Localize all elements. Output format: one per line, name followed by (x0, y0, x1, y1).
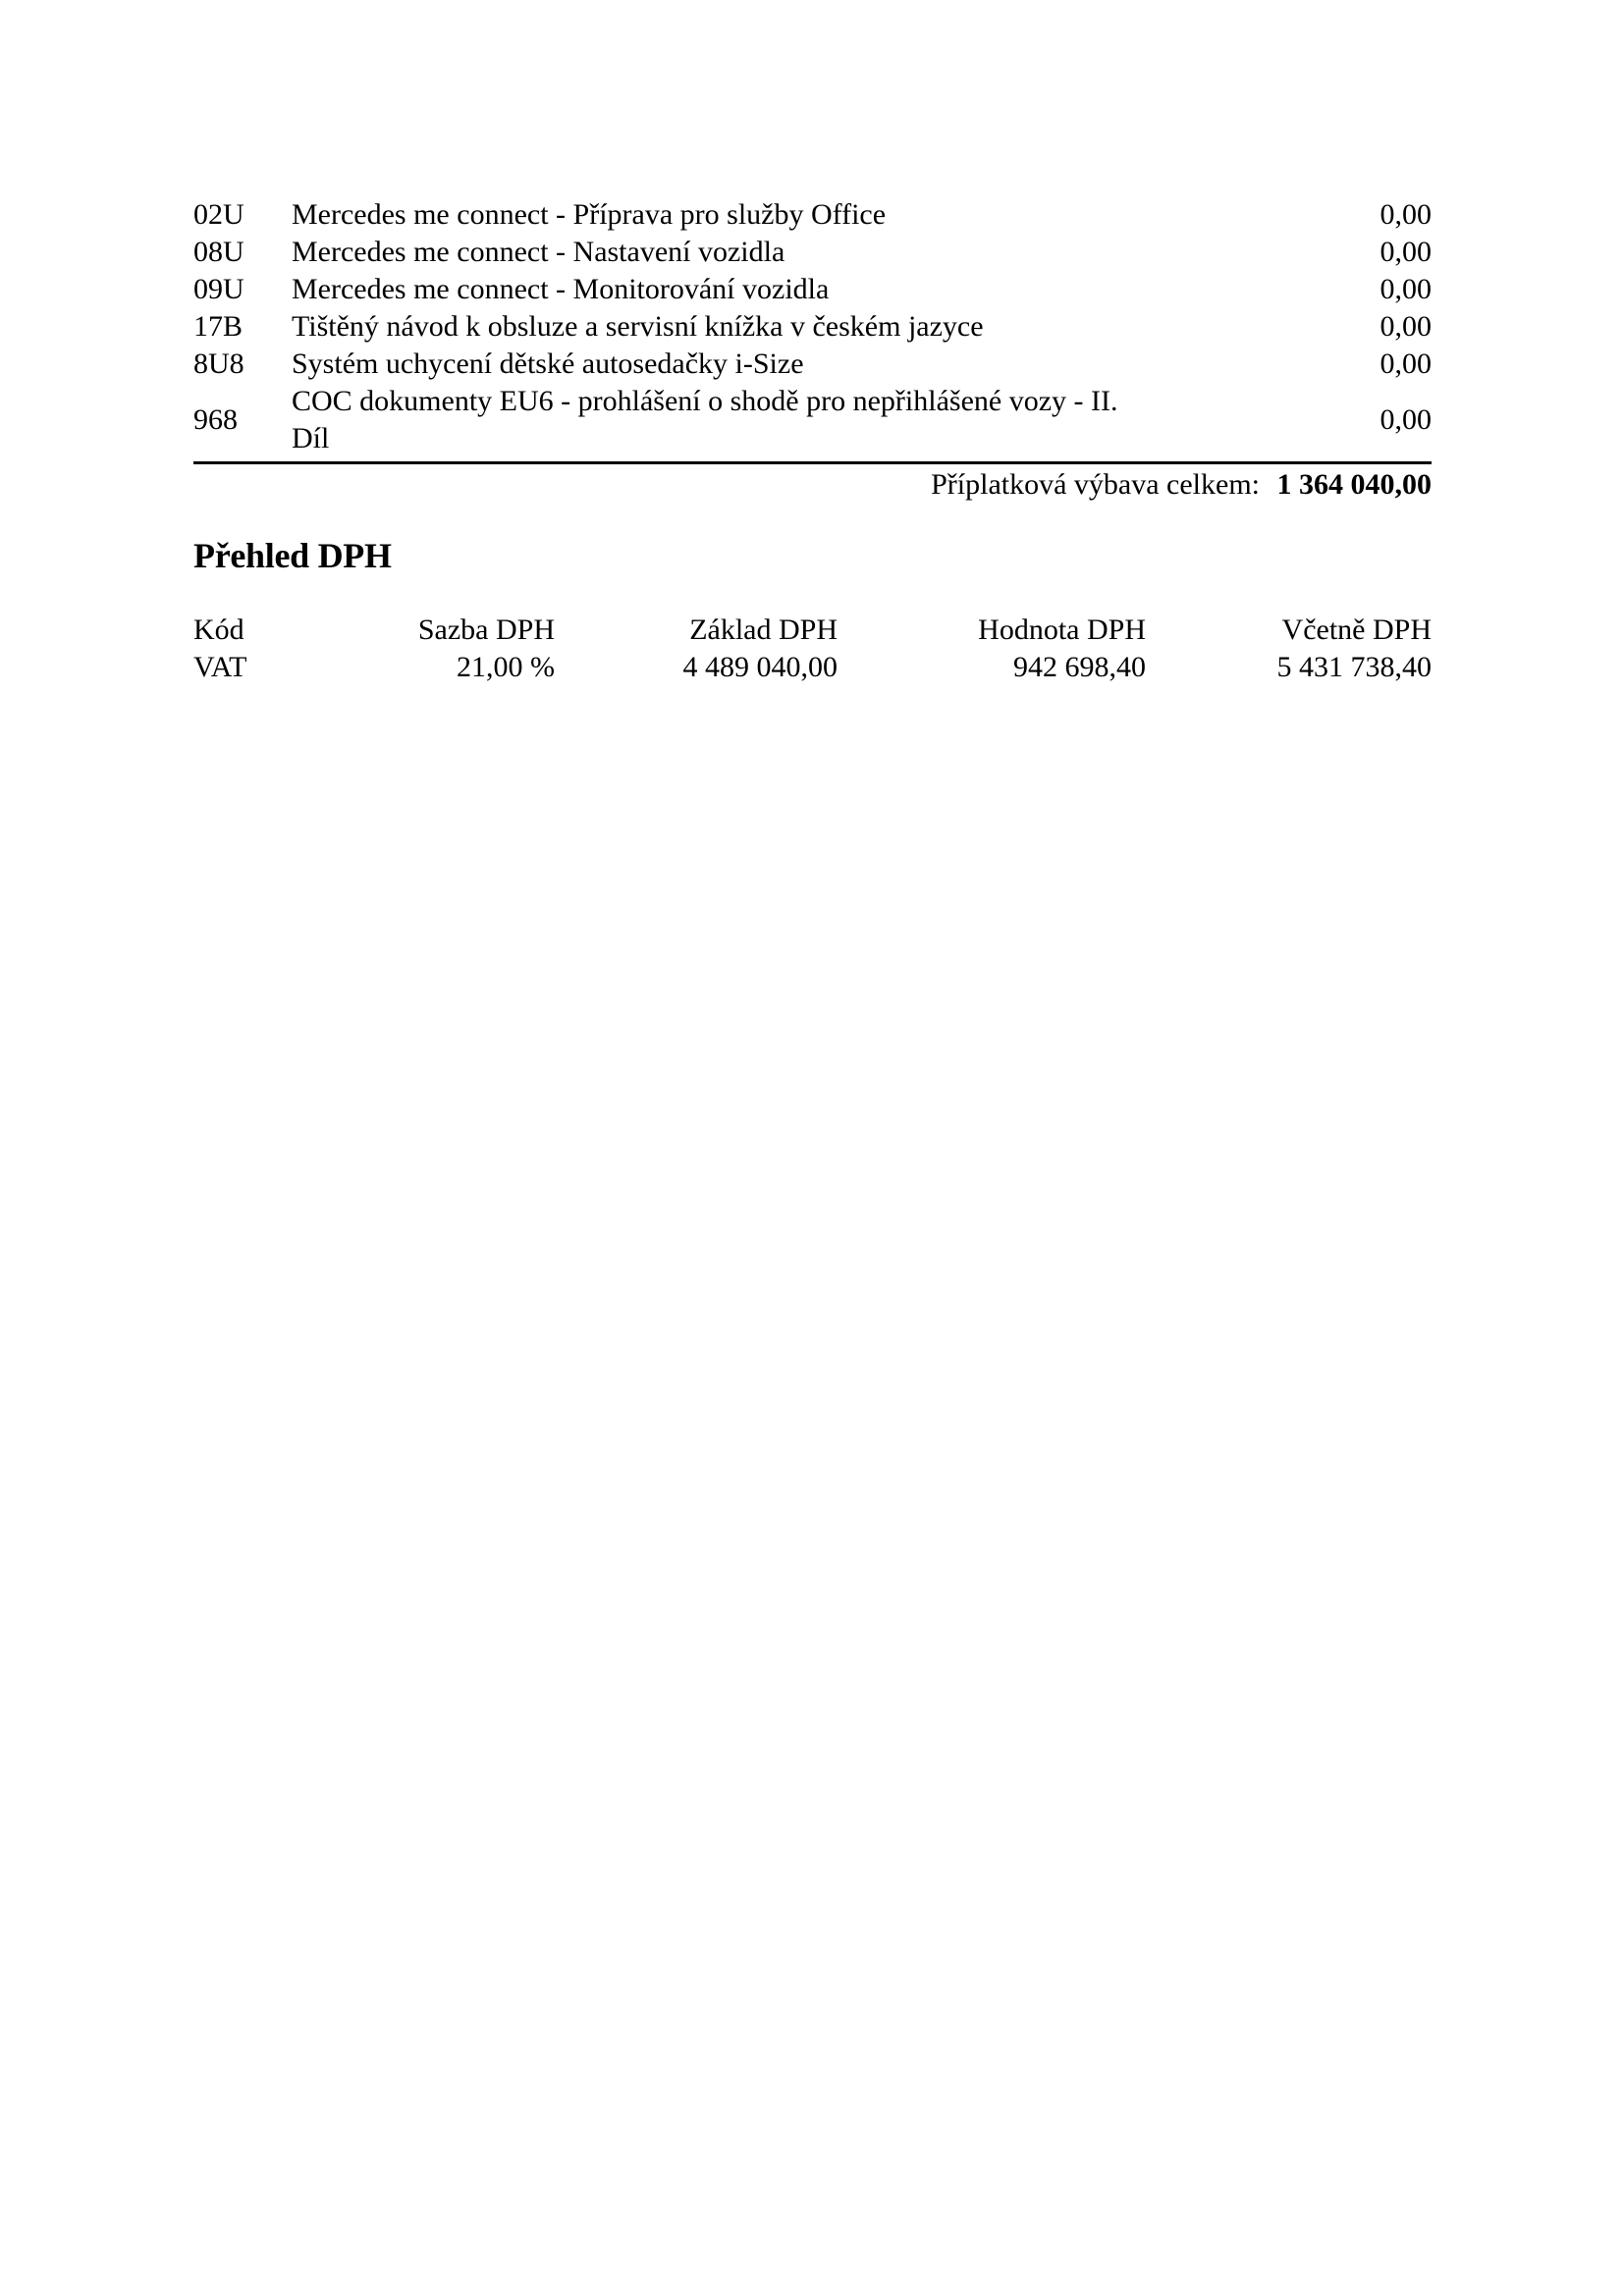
vat-base: 4 489 040,00 (555, 649, 838, 686)
equipment-code: 09U (193, 271, 292, 308)
equipment-price: 0,00 (1314, 346, 1432, 383)
vat-overview-table: Kód Sazba DPH Základ DPH Hodnota DPH Vče… (193, 612, 1432, 686)
equipment-price: 0,00 (1314, 271, 1432, 308)
vat-header-total: Včetně DPH (1146, 612, 1432, 649)
equipment-total: Příplatková výbava celkem: 1 364 040,00 (193, 466, 1432, 504)
vat-total: 5 431 738,40 (1146, 649, 1432, 686)
vat-rate: 21,00 % (331, 649, 555, 686)
table-row: 02U Mercedes me connect - Příprava pro s… (193, 196, 1432, 234)
optional-equipment-table: 02U Mercedes me connect - Příprava pro s… (193, 196, 1432, 457)
table-row: 8U8 Systém uchycení dětské autosedačky i… (193, 346, 1432, 383)
equipment-code: 17B (193, 308, 292, 346)
table-row: 09U Mercedes me connect - Monitorování v… (193, 271, 1432, 308)
vat-header-amount: Hodnota DPH (838, 612, 1146, 649)
equipment-total-value: 1 364 040,00 (1277, 468, 1433, 501)
table-row: 17B Tištěný návod k obsluze a servisní k… (193, 308, 1432, 346)
vat-amount: 942 698,40 (838, 649, 1146, 686)
vat-header-base: Základ DPH (555, 612, 838, 649)
equipment-description: Mercedes me connect - Monitorování vozid… (292, 271, 1314, 308)
equipment-description: Mercedes me connect - Příprava pro služb… (292, 196, 1314, 234)
vat-header-code: Kód (193, 612, 331, 649)
equipment-price: 0,00 (1314, 308, 1432, 346)
equipment-code: 8U8 (193, 346, 292, 383)
equipment-price: 0,00 (1314, 383, 1432, 457)
total-divider (193, 461, 1432, 464)
equipment-description: Mercedes me connect - Nastavení vozidla (292, 234, 1314, 271)
equipment-price: 0,00 (1314, 234, 1432, 271)
table-row: VAT 21,00 % 4 489 040,00 942 698,40 5 43… (193, 649, 1432, 686)
invoice-page: 02U Mercedes me connect - Příprava pro s… (193, 196, 1432, 504)
table-row: 968 COC dokumenty EU6 - prohlášení o sho… (193, 383, 1432, 457)
equipment-description: Systém uchycení dětské autosedačky i-Siz… (292, 346, 1314, 383)
vat-header-row: Kód Sazba DPH Základ DPH Hodnota DPH Vče… (193, 612, 1432, 649)
equipment-code: 968 (193, 383, 292, 457)
equipment-code: 02U (193, 196, 292, 234)
equipment-description: COC dokumenty EU6 - prohlášení o shodě p… (292, 383, 1314, 457)
equipment-code: 08U (193, 234, 292, 271)
equipment-price: 0,00 (1314, 196, 1432, 234)
equipment-description: Tištěný návod k obsluze a servisní knížk… (292, 308, 1314, 346)
vat-overview-title: Přehled DPH (193, 534, 392, 577)
vat-header-rate: Sazba DPH (331, 612, 555, 649)
table-row: 08U Mercedes me connect - Nastavení vozi… (193, 234, 1432, 271)
equipment-total-label: Příplatková výbava celkem: (931, 468, 1260, 501)
vat-code: VAT (193, 649, 331, 686)
